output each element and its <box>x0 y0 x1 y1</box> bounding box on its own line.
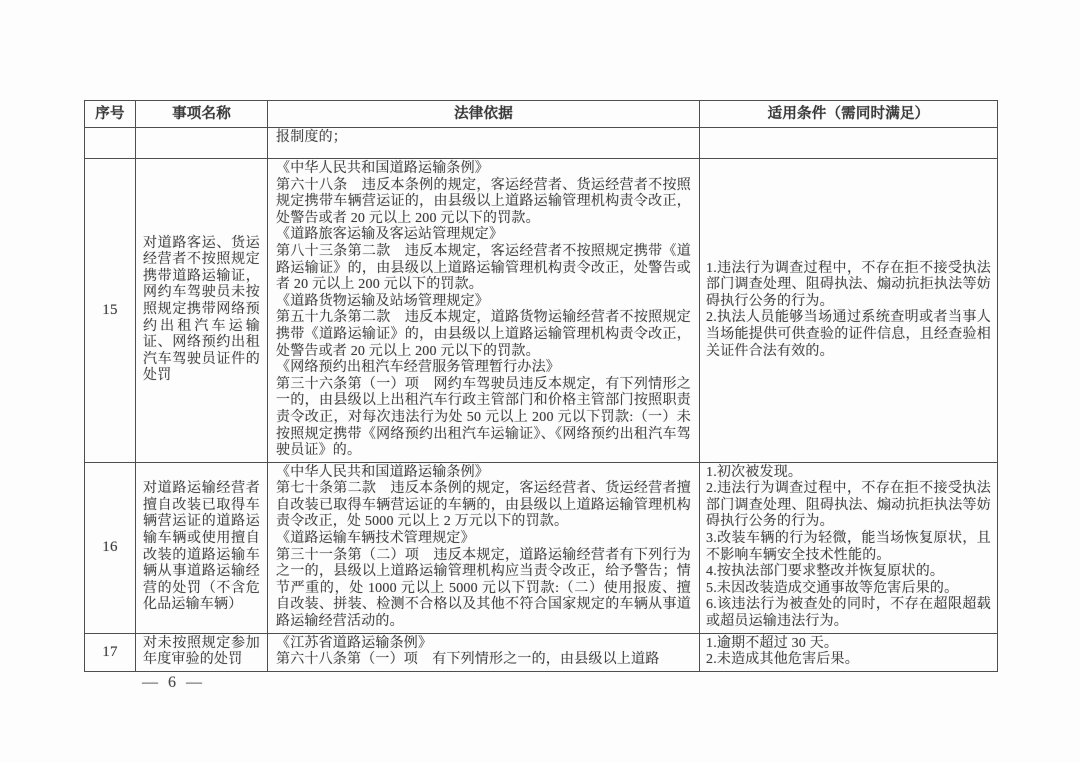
scanned-document-page: 序号 事项名称 法律依据 适用条件（需同时满足） 报制度的； 15 对道路客运、… <box>0 0 1080 763</box>
conditions-cell <box>700 128 998 159</box>
legal-basis-cell: 报制度的； <box>268 128 700 159</box>
legal-basis-cell: 《中华人民共和国道路运输条例》 第七十条第二款 违反本条例的规定，客运经营者、货… <box>268 462 700 633</box>
legal-basis-cell: 《江苏省道路运输条例》 第六十八条第（一）项 有下列情形之一的，由县级以上道路 <box>268 633 700 671</box>
header-legal-basis: 法律依据 <box>268 101 700 128</box>
item-name-cell: 对道路运输经营者擅自改装已取得车辆营运证的道路运输车辆或使用擅自改装的道路运输车… <box>136 462 268 633</box>
table-row-continuation: 报制度的； <box>85 128 998 159</box>
page-number: — 6 — <box>142 674 205 692</box>
table-header-row: 序号 事项名称 法律依据 适用条件（需同时满足） <box>85 101 998 128</box>
header-item-name: 事项名称 <box>136 101 268 128</box>
row-number-cell: 17 <box>85 633 136 671</box>
table-row-16: 16 对道路运输经营者擅自改装已取得车辆营运证的道路运输车辆或使用擅自改装的道路… <box>85 462 998 633</box>
row-number-cell: 16 <box>85 462 136 633</box>
header-applicable-conditions: 适用条件（需同时满足） <box>700 101 998 128</box>
conditions-cell: 1.初次被发现。 2.违法行为调查过程中，不存在拒不接受执法部门调查处理、阻碍执… <box>700 462 998 633</box>
conditions-cell: 1.违法行为调查过程中，不存在拒不接受执法部门调查处理、阻碍执法、煽动抗拒执法等… <box>700 159 998 463</box>
row-number-cell <box>85 128 136 159</box>
conditions-cell: 1.逾期不超过 30 天。 2.未造成其他危害后果。 <box>700 633 998 671</box>
table-row-17: 17 对未按照规定参加年度审验的处罚 《江苏省道路运输条例》 第六十八条第（一）… <box>85 633 998 671</box>
item-name-cell: 对未按照规定参加年度审验的处罚 <box>136 633 268 671</box>
row-number-cell: 15 <box>85 159 136 463</box>
table-row-15: 15 对道路客运、货运经营者不按照规定携带道路运输证，网约车驾驶员未按照规定携带… <box>85 159 998 463</box>
header-serial-number: 序号 <box>85 101 136 128</box>
legal-basis-cell: 《中华人民共和国道路运输条例》 第六十八条 违反本条例的规定，客运经营者、货运经… <box>268 159 700 463</box>
item-name-cell: 对道路客运、货运经营者不按照规定携带道路运输证，网约车驾驶员未按照规定携带网络预… <box>136 159 268 463</box>
penalty-items-table: 序号 事项名称 法律依据 适用条件（需同时满足） 报制度的； 15 对道路客运、… <box>84 100 998 672</box>
item-name-cell <box>136 128 268 159</box>
